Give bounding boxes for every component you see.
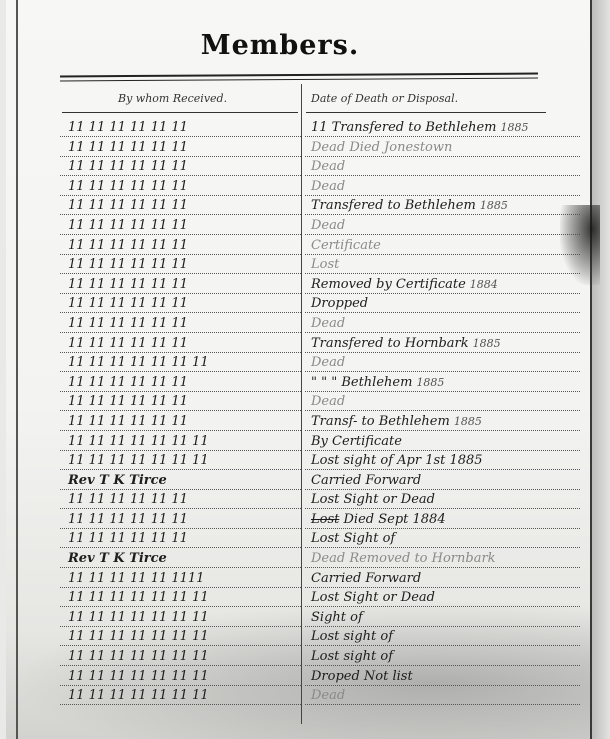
disposal-text: Certificate [311, 238, 381, 253]
received-header-rule [62, 112, 298, 113]
ledger-row: 11 11 11 11 11 11 11Lost sight of [60, 647, 580, 667]
disposal-text: Dead [311, 688, 345, 703]
disposal-cell: Transfered to Bethlehem1885 [305, 196, 580, 215]
received-by-cell: 11 11 11 11 11 11 [60, 510, 301, 529]
ledger-row: 11 11 11 11 11 11Transf- to Bethlehem188… [60, 412, 580, 432]
disposal-text: By Certificate [311, 434, 402, 449]
received-by-cell: 11 11 11 11 11 11 [60, 196, 301, 215]
disposal-year: 1885 [473, 337, 501, 350]
disposal-text: Transfered to Hornbark [311, 336, 469, 351]
disposal-text: Carried Forward [311, 571, 421, 586]
received-by-cell: 11 11 11 11 11 11 [60, 529, 301, 548]
disposal-header-rule [306, 112, 546, 113]
received-by-cell: 11 11 11 11 11 1111 [60, 569, 301, 588]
received-by-cell: Rev T K Tirce [60, 471, 301, 490]
received-by-cell: 11 11 11 11 11 11 [60, 314, 301, 333]
disposal-text: Droped Not list [311, 669, 413, 684]
binding-edge-line [16, 0, 18, 739]
ledger-row: 11 11 11 11 11 11Lost Died Sept 1884 [60, 510, 580, 530]
ledger-row: 11 11 11 11 11 11Transfered to Hornbark1… [60, 334, 580, 354]
ledger-row: 11 11 11 11 11 11 11By Certificate [60, 432, 580, 452]
ledger-row: 11 11 11 11 11 11Lost Sight or Dead [60, 490, 580, 510]
ledger-row: 11 11 11 11 11 11 11Lost sight of Apr 1s… [60, 451, 580, 471]
disposal-year: 1885 [416, 376, 444, 389]
received-by-cell: 11 11 11 11 11 11 11 [60, 588, 301, 607]
received-by-cell: 11 11 11 11 11 11 11 [60, 627, 301, 646]
ledger-row: 11 11 11 11 11 11Dead [60, 157, 580, 177]
disposal-text: Lost Sight or Dead [311, 492, 435, 507]
disposal-cell: Dead [305, 216, 580, 235]
ledger-row: Rev T K TirceCarried Forward [60, 471, 580, 491]
ledger-row: Rev T K TirceDead Removed to Hornbark [60, 549, 580, 569]
ledger-row: 11 11 11 11 11 11Dead [60, 216, 580, 236]
ledger-row: 11 11 11 11 11 11Certificate [60, 236, 580, 256]
received-by-cell: 11 11 11 11 11 11 [60, 118, 301, 137]
received-by-cell: 11 11 11 11 11 11 [60, 275, 301, 294]
received-by-cell: 11 11 11 11 11 11 [60, 216, 301, 235]
struck-text: Lost [311, 512, 339, 527]
received-by-cell: 11 11 11 11 11 11 [60, 334, 301, 353]
disposal-text: Removed by Certificate [311, 277, 466, 292]
ledger-row: 11 11 11 11 11 11Dead [60, 314, 580, 334]
received-by-cell: 11 11 11 11 11 11 [60, 412, 301, 431]
disposal-cell: Lost sight of [305, 647, 580, 666]
disposal-year: 1885 [501, 121, 529, 134]
disposal-text: Dead Died Jonestown [311, 140, 452, 155]
received-by-cell: 11 11 11 11 11 11 11 [60, 647, 301, 666]
disposal-column-header: Date of Death or Disposal. [311, 92, 458, 105]
received-by-cell: 11 11 11 11 11 11 [60, 177, 301, 196]
disposal-cell: Lost sight of [305, 627, 580, 646]
disposal-text: Dead [311, 218, 345, 233]
disposal-cell: Dropped [305, 294, 580, 313]
received-by-cell: 11 11 11 11 11 11 [60, 490, 301, 509]
ledger-row: 11 11 11 11 11 11 11Sight of [60, 608, 580, 628]
ledger-row: 11 11 11 11 11 11Removed by Certificate1… [60, 275, 580, 295]
disposal-year: 1885 [480, 199, 508, 212]
disposal-text: Dead [311, 179, 345, 194]
received-by-cell: 11 11 11 11 11 11 11 [60, 353, 301, 372]
disposal-text: Lost Sight or Dead [311, 590, 435, 605]
disposal-cell: Certificate [305, 236, 580, 255]
disposal-text: Dead [311, 316, 345, 331]
ledger-row: 11 11 11 11 11 11Lost Sight of [60, 529, 580, 549]
disposal-text: Carried Forward [311, 473, 421, 488]
disposal-cell: " " " Bethlehem1885 [305, 373, 580, 392]
received-by-cell: 11 11 11 11 11 11 11 [60, 432, 301, 451]
disposal-cell: Dead [305, 314, 580, 333]
disposal-text: Dead Removed to Hornbark [311, 551, 496, 566]
ledger-row: 11 11 11 11 11 11Dead Died Jonestown [60, 138, 580, 158]
disposal-cell: Lost Sight of [305, 529, 580, 548]
disposal-cell: 11 Transfered to Bethlehem1885 [305, 118, 580, 137]
received-by-cell: 11 11 11 11 11 11 11 [60, 686, 301, 705]
disposal-text: Transf- to Bethlehem [311, 414, 450, 429]
received-by-cell: 11 11 11 11 11 11 [60, 392, 301, 411]
ledger-row: 11 11 11 11 11 11Transfered to Bethlehem… [60, 196, 580, 216]
received-by-cell: 11 11 11 11 11 11 [60, 373, 301, 392]
disposal-cell: Carried Forward [305, 569, 580, 588]
received-by-cell: Rev T K Tirce [60, 549, 301, 568]
disposal-cell: Lost Sight or Dead [305, 490, 580, 509]
disposal-cell: Dead [305, 157, 580, 176]
ledger-row: 11 11 11 11 11 11" " " Bethlehem1885 [60, 373, 580, 393]
disposal-cell: Dead [305, 353, 580, 372]
received-by-cell: 11 11 11 11 11 11 [60, 157, 301, 176]
ledger-row: 11 11 11 11 11 11 11Dead [60, 686, 580, 706]
disposal-text: 11 Transfered to Bethlehem [311, 120, 497, 135]
received-by-cell: 11 11 11 11 11 11 11 [60, 608, 301, 627]
ledger-row: 11 11 11 11 11 11Lost [60, 255, 580, 275]
disposal-text: Dead [311, 355, 345, 370]
received-by-cell: 11 11 11 11 11 11 [60, 294, 301, 313]
disposal-year: 1884 [470, 278, 498, 291]
received-by-cell: 11 11 11 11 11 11 [60, 138, 301, 157]
disposal-text: Dropped [311, 296, 368, 311]
received-by-cell: 11 11 11 11 11 11 [60, 236, 301, 255]
disposal-text: Sight of [311, 610, 363, 625]
ledger-row: 11 11 11 11 11 11Dead [60, 177, 580, 197]
disposal-text: Lost sight of [311, 649, 393, 664]
adjacent-page-margin [592, 0, 610, 739]
disposal-text: Lost sight of [311, 629, 393, 644]
disposal-cell: Lost Died Sept 1884 [305, 510, 580, 529]
ledger-row: 11 11 11 11 11 11 11Lost sight of [60, 627, 580, 647]
disposal-year: 1885 [454, 415, 482, 428]
disposal-cell: Removed by Certificate1884 [305, 275, 580, 294]
disposal-text: Lost Sight of [311, 531, 395, 546]
ledger-row: 11 11 11 11 11 11Dead [60, 392, 580, 412]
disposal-text: Lost [311, 257, 339, 272]
disposal-text: Died Sept 1884 [344, 512, 446, 527]
disposal-cell: Dead Removed to Hornbark [305, 549, 580, 568]
disposal-cell: Sight of [305, 608, 580, 627]
disposal-text: Dead [311, 394, 345, 409]
disposal-cell: Carried Forward [305, 471, 580, 490]
disposal-text: Lost sight of Apr 1st 1885 [311, 453, 483, 468]
received-by-cell: 11 11 11 11 11 11 [60, 255, 301, 274]
disposal-cell: Dead [305, 177, 580, 196]
disposal-cell: Transf- to Bethlehem1885 [305, 412, 580, 431]
disposal-cell: By Certificate [305, 432, 580, 451]
disposal-text: Transfered to Bethlehem [311, 198, 476, 213]
received-by-cell: 11 11 11 11 11 11 11 [60, 451, 301, 470]
ledger-row: 11 11 11 11 11 11 11Dead [60, 353, 580, 373]
ledger-row: 11 11 11 11 11 11 11Droped Not list [60, 667, 580, 687]
ledger-row: 11 11 11 11 11 1111 Transfered to Bethle… [60, 118, 580, 138]
ledger-row: 11 11 11 11 11 11 11Lost Sight or Dead [60, 588, 580, 608]
member-rows: 11 11 11 11 11 1111 Transfered to Bethle… [60, 118, 580, 706]
received-by-cell: 11 11 11 11 11 11 11 [60, 667, 301, 686]
disposal-cell: Droped Not list [305, 667, 580, 686]
ledger-row: 11 11 11 11 11 1111Carried Forward [60, 569, 580, 589]
disposal-cell: Dead [305, 686, 580, 705]
disposal-text: " " " Bethlehem [311, 375, 412, 390]
ledger-row: 11 11 11 11 11 11Dropped [60, 294, 580, 314]
disposal-cell: Lost [305, 255, 580, 274]
disposal-cell: Lost Sight or Dead [305, 588, 580, 607]
disposal-cell: Transfered to Hornbark1885 [305, 334, 580, 353]
disposal-cell: Lost sight of Apr 1st 1885 [305, 451, 580, 470]
received-column-header: By whom Received. [118, 92, 227, 105]
disposal-text: Dead [311, 159, 345, 174]
page-title: Members. [0, 30, 560, 61]
disposal-cell: Dead [305, 392, 580, 411]
disposal-cell: Dead Died Jonestown [305, 138, 580, 157]
